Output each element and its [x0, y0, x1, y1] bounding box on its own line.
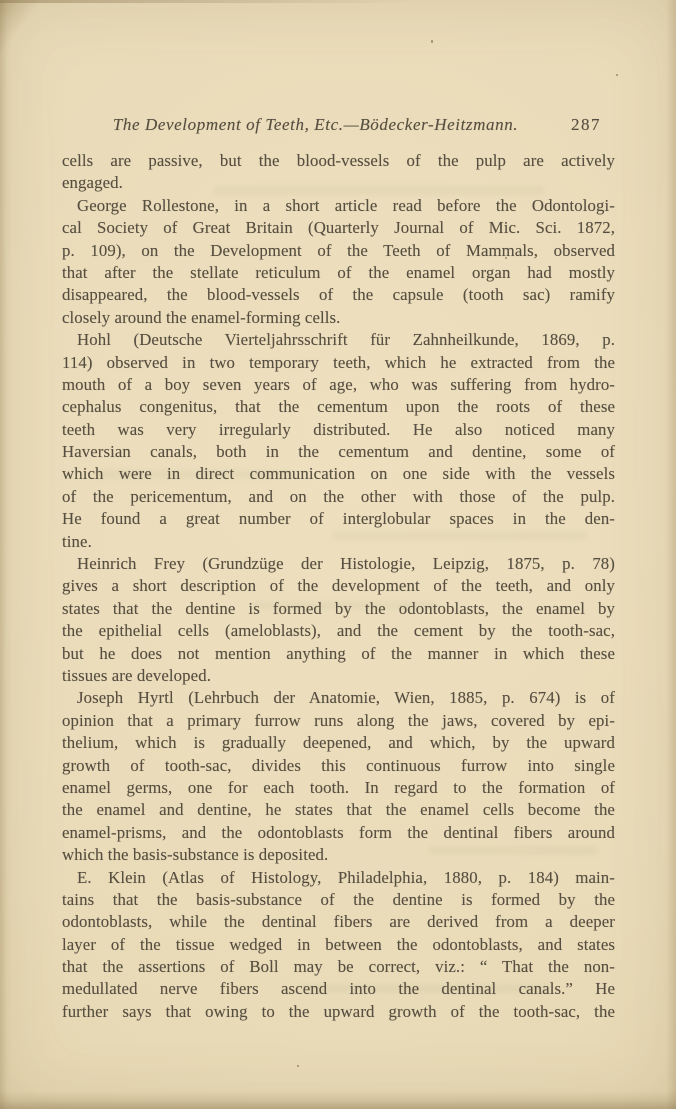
text-line: Hohl (Deutsche Vierteljahrsschrift für Z… — [62, 329, 615, 351]
text-line: mouth of a boy seven years of age, who w… — [62, 374, 615, 396]
text-line: further says that owing to the upward gr… — [62, 1001, 615, 1023]
text-line: 114) observed in two temporary teeth, wh… — [62, 352, 615, 374]
text-line: medullated nerve fibers ascend into the … — [62, 978, 615, 1000]
text-line: closely around the enamel-forming cells. — [62, 307, 615, 329]
page-number: 287 — [571, 114, 601, 136]
text-line: teeth was very irregularly distributed. … — [62, 419, 615, 441]
text-line: the epithelial cells (ameloblasts), and … — [62, 620, 615, 642]
text-line: He found a great number of interglobular… — [62, 508, 615, 530]
text-line: Joseph Hyrtl (Lehrbuch der Anatomie, Wie… — [62, 687, 615, 709]
running-head-title: The Development of Teeth, Etc.—Bödecker-… — [62, 114, 615, 136]
text-line: engaged. — [62, 172, 615, 194]
text-line: p. 109), on the Development of the Teeth… — [62, 240, 615, 262]
paper-speck — [431, 40, 433, 43]
page-edge-shadow-right — [666, 0, 676, 1109]
text-line: but he does not mention anything of the … — [62, 643, 615, 665]
text-line: enamel germs, one for each tooth. In reg… — [62, 777, 615, 799]
text-line: of the pericementum, and on the other wi… — [62, 486, 615, 508]
text-line: cal Society of Great Britain (Quarterly … — [62, 217, 615, 239]
running-head: The Development of Teeth, Etc.—Bödecker-… — [62, 114, 615, 136]
text-line: the enamel and dentine, he states that t… — [62, 799, 615, 821]
text-line: tissues are developed. — [62, 665, 615, 687]
text-line: that after the stellate reticulum of the… — [62, 262, 615, 284]
page-edge-shadow-topleft — [0, 0, 46, 56]
text-line: Haversian canals, both in the cementum a… — [62, 441, 615, 463]
text-line: tine. — [62, 531, 615, 553]
text-line: disappeared, the blood-vessels of the ca… — [62, 284, 615, 306]
page-edge-shadow-bottom — [0, 1091, 676, 1109]
text-line: Heinrich Frey (Grundzüge der Histologie,… — [62, 553, 615, 575]
book-page: The Development of Teeth, Etc.—Bödecker-… — [0, 0, 676, 1109]
text-line: which the basis-substance is deposited. — [62, 844, 615, 866]
text-line: gives a short description of the develop… — [62, 575, 615, 597]
paper-speck — [297, 1065, 299, 1067]
body-text: cells are passive, but the blood-vessels… — [62, 150, 615, 1023]
text-line: cephalus congenitus, that the cementum u… — [62, 396, 615, 418]
text-line: E. Klein (Atlas of Histology, Philadelph… — [62, 867, 615, 889]
text-line: states that the dentine is formed by the… — [62, 598, 615, 620]
page-edge-shadow-top — [0, 0, 419, 3]
page-edge-shadow-left — [0, 0, 12, 1109]
text-line: thelium, which is gradually deepened, an… — [62, 732, 615, 754]
text-line: layer of the tissue wedged in between th… — [62, 934, 615, 956]
paper-speck — [616, 74, 618, 76]
text-line: opinion that a primary furrow runs along… — [62, 710, 615, 732]
text-line: growth of tooth-sac, divides this contin… — [62, 755, 615, 777]
text-line: George Rollestone, in a short article re… — [62, 195, 615, 217]
text-line: enamel-prisms, and the odontoblasts form… — [62, 822, 615, 844]
text-line: tains that the basis-substance of the de… — [62, 889, 615, 911]
text-line: odontoblasts, while the dentinal fibers … — [62, 911, 615, 933]
text-line: that the assertions of Boll may be corre… — [62, 956, 615, 978]
text-line: which were in direct communication on on… — [62, 463, 615, 485]
text-line: cells are passive, but the blood-vessels… — [62, 150, 615, 172]
